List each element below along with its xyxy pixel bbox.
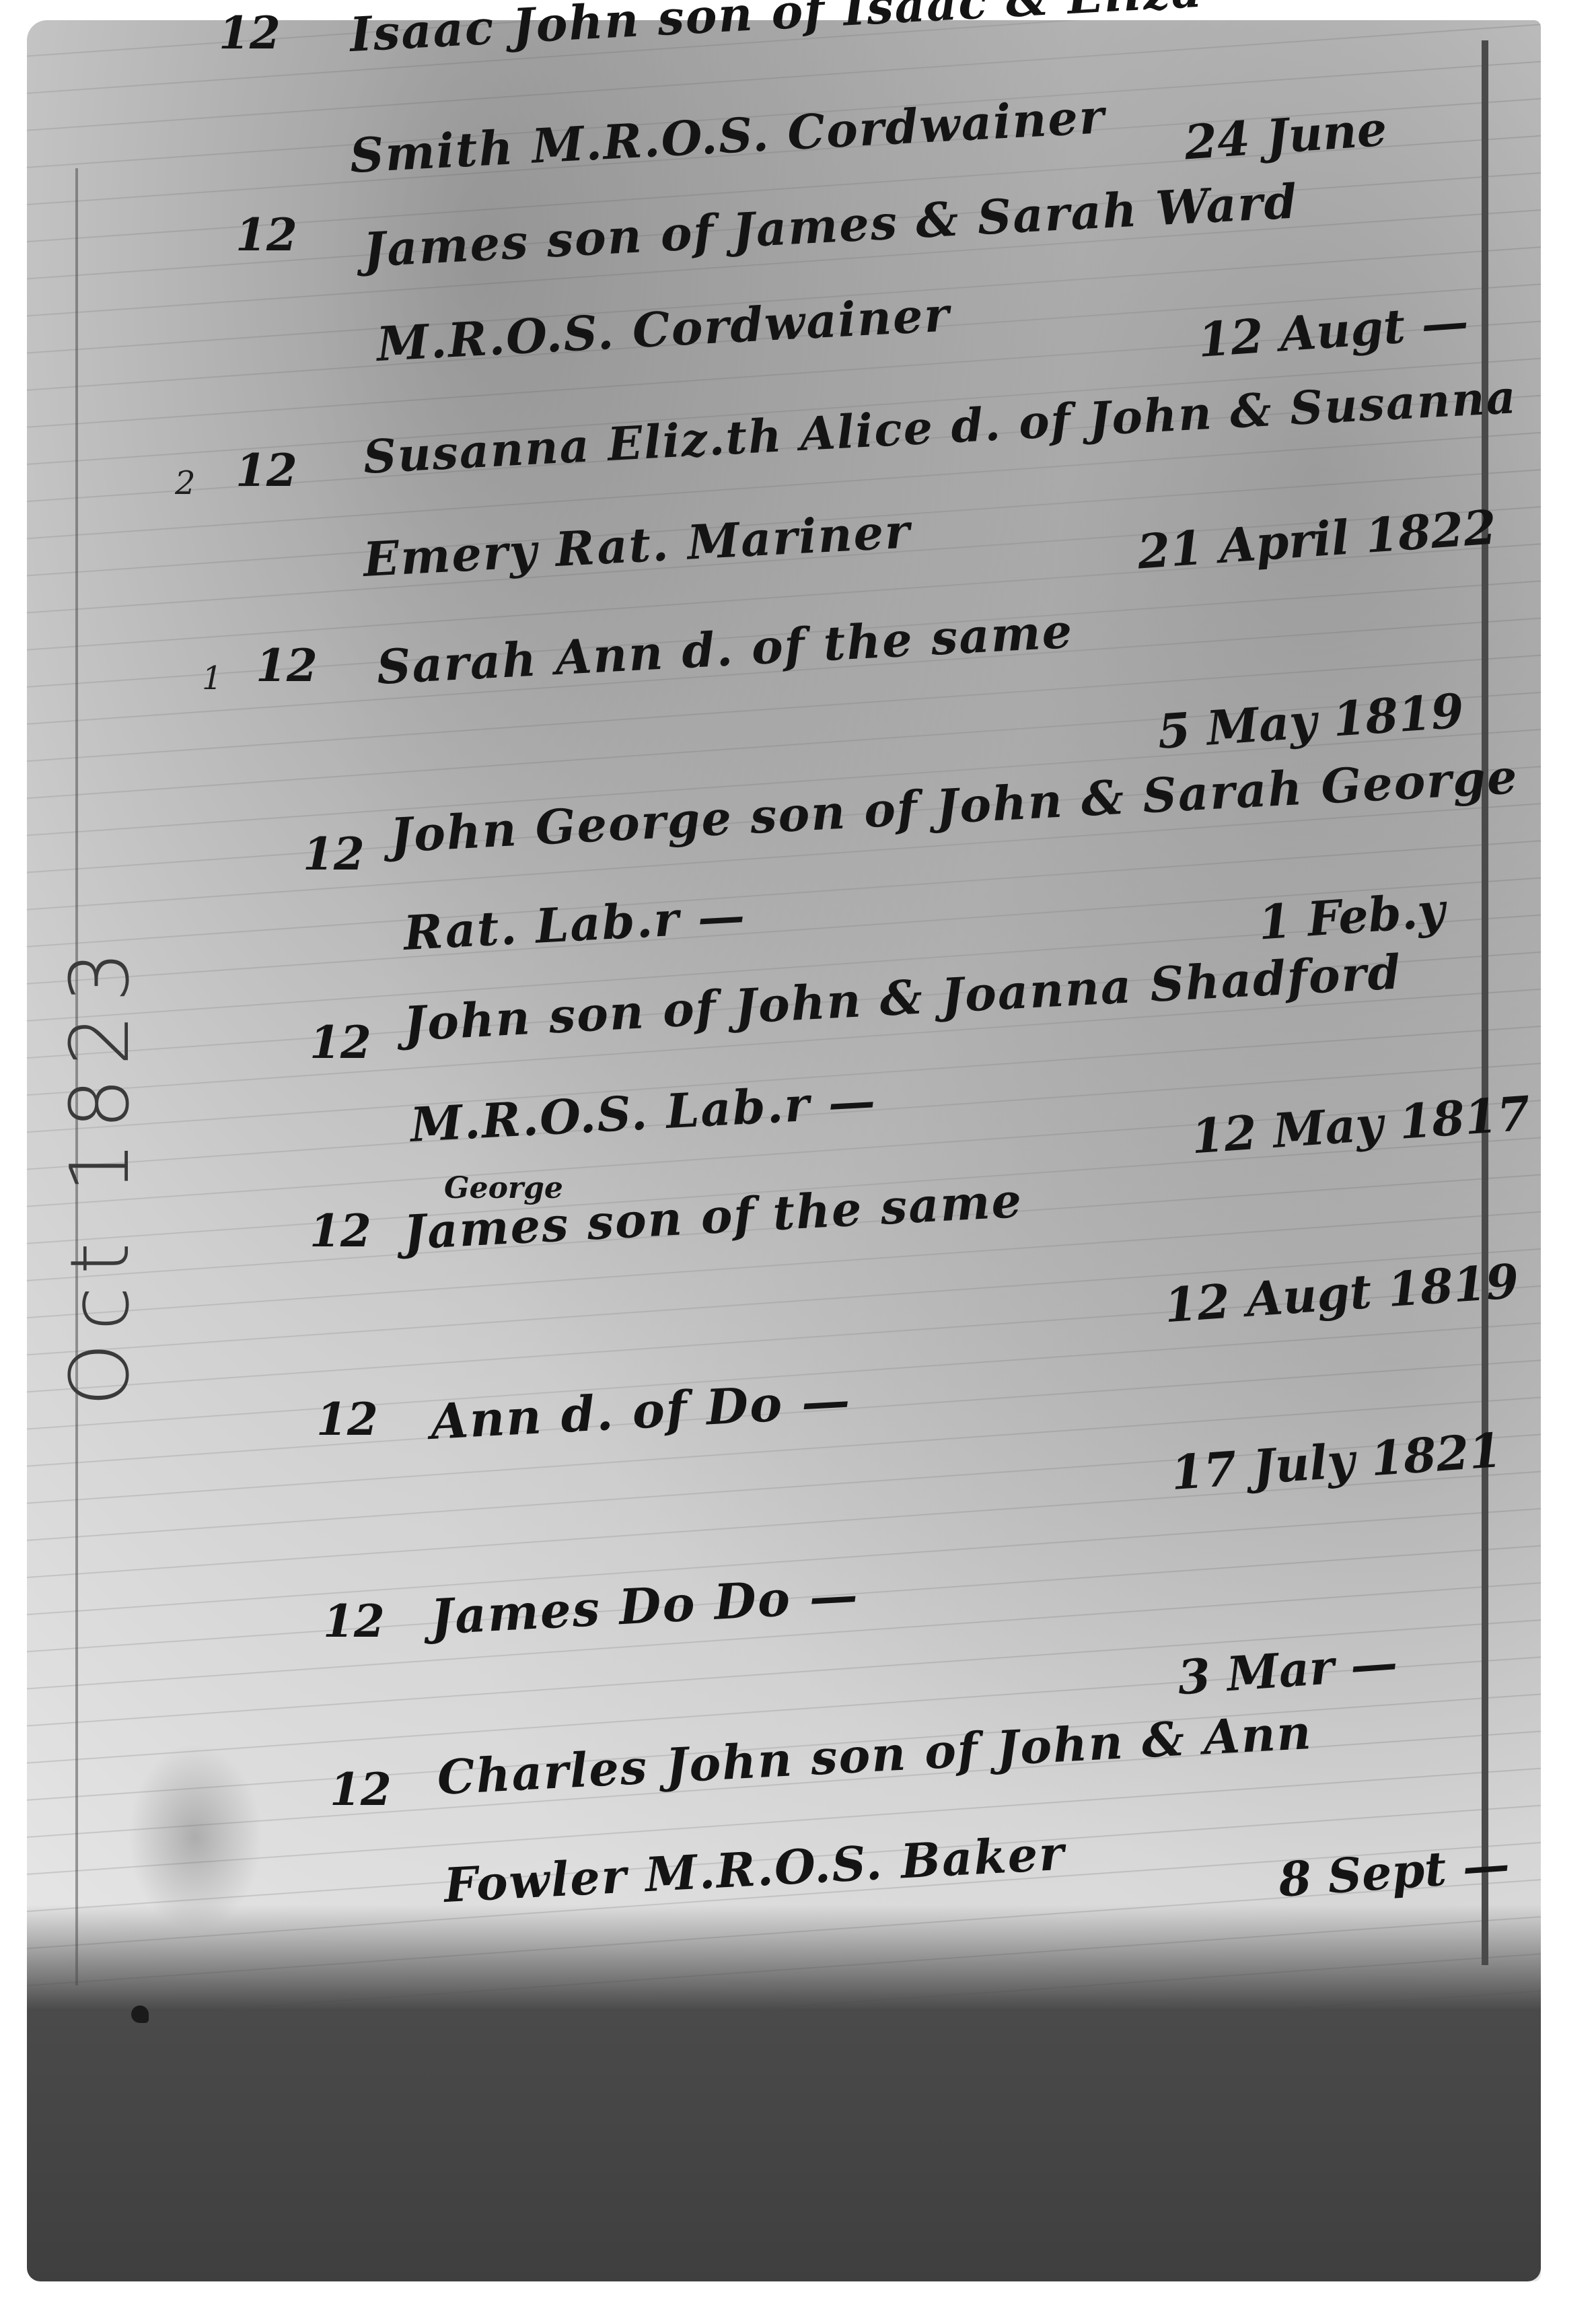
entry-day: 12 — [316, 1393, 378, 1446]
ink-smudge — [128, 1743, 262, 1931]
entry-margin-number: 1 — [202, 660, 223, 697]
entry-day: 12 — [235, 209, 297, 261]
entry-day: 12 — [310, 1205, 371, 1257]
entry-day: 12 — [330, 1763, 392, 1816]
entry-margin-number: 2 — [175, 464, 196, 502]
entry-day: 12 — [256, 639, 318, 692]
entry-day: 12 — [310, 1016, 371, 1069]
entry-day: 12 — [235, 444, 297, 497]
entry-day: 12 — [303, 828, 365, 880]
scan-shadow — [27, 1905, 1541, 2281]
entry-day: 12 — [219, 7, 281, 59]
entry-day: 12 — [323, 1595, 385, 1647]
margin-pencil-note: Oct 1823 — [54, 939, 147, 1407]
ink-blot — [131, 2006, 149, 2023]
page-binding-edge — [1482, 40, 1488, 1965]
